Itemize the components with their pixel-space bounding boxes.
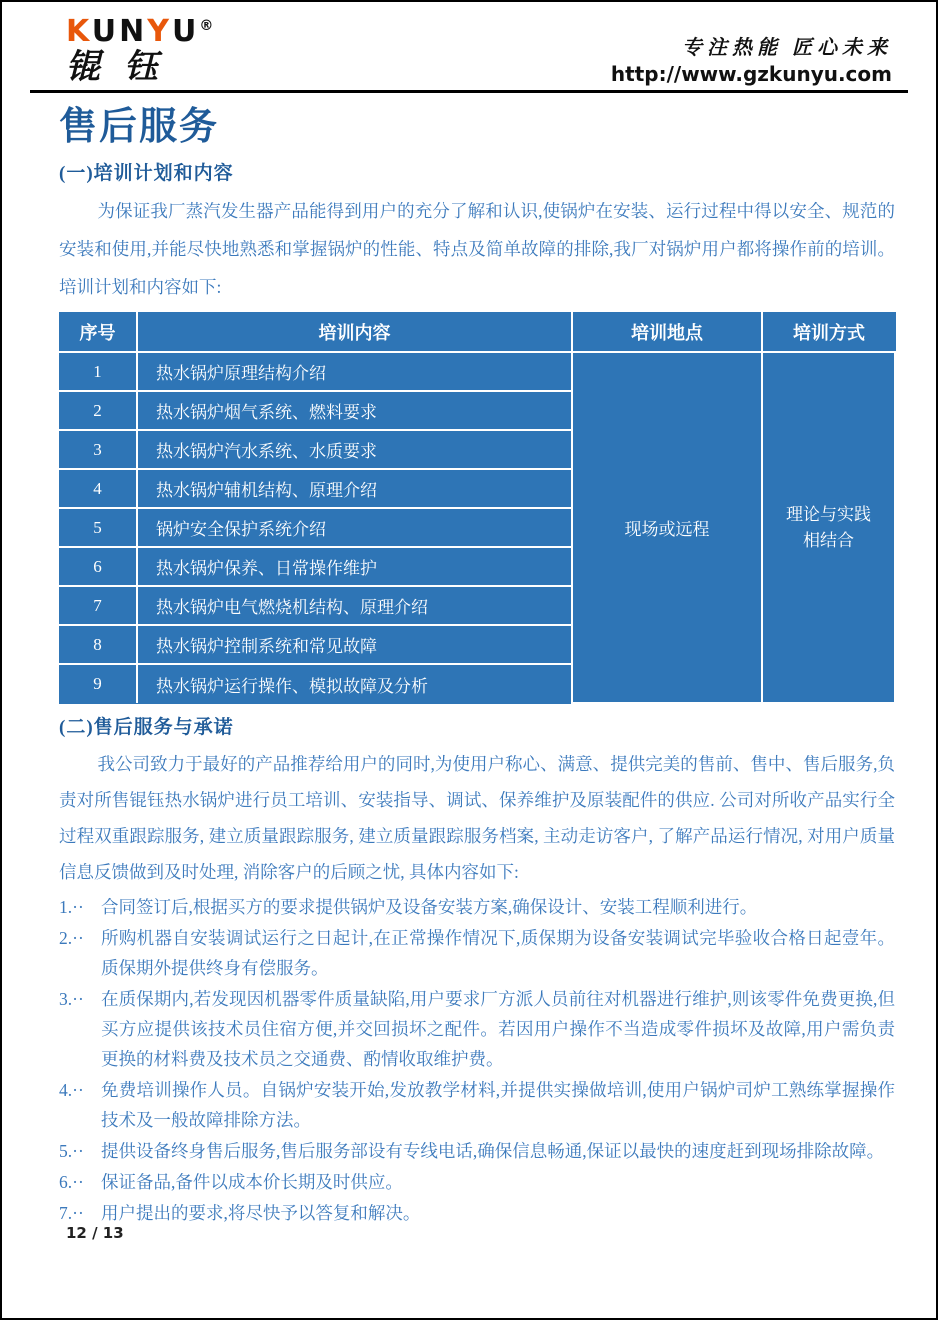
section1-intro-paragraph: 为保证我厂蒸汽发生器产品能得到用户的充分了解和认识,使锅炉在安装、运行过程中得以… (59, 192, 895, 306)
row-number: 3 (59, 430, 137, 469)
method-line-2: 相结合 (763, 528, 894, 554)
row-number: 8 (59, 625, 137, 664)
row-number: 1 (59, 352, 137, 391)
header-content: 培训内容 (137, 312, 572, 352)
item-text: 保证备品,备件以成本价长期及时供应。 (101, 1167, 895, 1197)
header-right: 专注热能 匠心未来 http://www.gzkunyu.com (611, 36, 892, 86)
document-page: KUNYU® 锟钰 专注热能 匠心未来 http://www.gzkunyu.c… (0, 0, 938, 1320)
page-content: 售后服务 (一)培训计划和内容 为保证我厂蒸汽发生器产品能得到用户的充分了解和认… (59, 104, 895, 1229)
item-marker: 2.·· (59, 923, 101, 983)
list-item: 2.·· 所购机器自安装调试运行之日起计,在正常操作情况下,质保期为设备安装调试… (59, 923, 895, 983)
page-number: 12 / 13 (66, 1224, 124, 1242)
table-header-row: 序号 培训内容 培训地点 培训方式 (59, 312, 895, 352)
registered-mark-icon: ® (199, 18, 216, 34)
section2-intro-paragraph: 我公司致力于最好的产品推荐给用户的同时,为使用户称心、满意、提供完美的售前、售中… (59, 746, 895, 890)
training-table: 序号 培训内容 培训地点 培训方式 1 热水锅炉原理结构介绍 现场或远程 理论与… (59, 312, 896, 704)
item-text: 在质保期内,若发现因机器零件质量缺陷,用户要求厂方派人员前往对机器进行维护,则该… (101, 984, 895, 1074)
header-tagline: 专注热能 匠心未来 (611, 36, 892, 60)
item-text: 合同签订后,根据买方的要求提供锅炉及设备安装方案,确保设计、安装工程顺利进行。 (101, 892, 895, 922)
item-marker: 1.·· (59, 892, 101, 922)
method-cell: 理论与实践 相结合 (762, 352, 895, 703)
row-number: 9 (59, 664, 137, 703)
list-item: 1.·· 合同签订后,根据买方的要求提供锅炉及设备安装方案,确保设计、安装工程顺… (59, 892, 895, 922)
row-number: 6 (59, 547, 137, 586)
list-item: 4.·· 免费培训操作人员。自锅炉安装开始,发放教学材料,并提供实操做培训,使用… (59, 1075, 895, 1135)
row-number: 2 (59, 391, 137, 430)
logo-letter: K (66, 14, 92, 49)
row-content: 热水锅炉烟气系统、燃料要求 (137, 391, 572, 430)
row-content: 热水锅炉原理结构介绍 (137, 352, 572, 391)
item-marker: 6.·· (59, 1167, 101, 1197)
item-text: 免费培训操作人员。自锅炉安装开始,发放教学材料,并提供实操做培训,使用户锅炉司炉… (101, 1075, 895, 1135)
item-text: 所购机器自安装调试运行之日起计,在正常操作情况下,质保期为设备安装调试完毕验收合… (101, 923, 895, 983)
row-content: 热水锅炉控制系统和常见故障 (137, 625, 572, 664)
row-number: 7 (59, 586, 137, 625)
row-content: 热水锅炉辅机结构、原理介绍 (137, 469, 572, 508)
row-content: 热水锅炉汽水系统、水质要求 (137, 430, 572, 469)
header-method: 培训方式 (762, 312, 895, 352)
table-row: 1 热水锅炉原理结构介绍 现场或远程 理论与实践 相结合 (59, 352, 895, 391)
logo-letter: Y (147, 14, 172, 49)
location-cell: 现场或远程 (572, 352, 762, 703)
logo-letter: U (172, 14, 199, 49)
row-content: 锅炉安全保护系统介绍 (137, 508, 572, 547)
row-content: 热水锅炉运行操作、模拟故障及分析 (137, 664, 572, 703)
row-content: 热水锅炉保养、日常操作维护 (137, 547, 572, 586)
logo-letter: U (92, 14, 119, 49)
list-item: 6.·· 保证备品,备件以成本价长期及时供应。 (59, 1167, 895, 1197)
item-marker: 4.·· (59, 1075, 101, 1135)
item-marker: 5.·· (59, 1136, 101, 1166)
section1-heading: (一)培训计划和内容 (59, 160, 895, 188)
item-text: 用户提出的要求,将尽快予以答复和解决。 (101, 1198, 895, 1228)
service-list: 1.·· 合同签订后,根据买方的要求提供锅炉及设备安装方案,确保设计、安装工程顺… (59, 892, 895, 1228)
item-text: 提供设备终身售后服务,售后服务部设有专线电话,确保信息畅通,保证以最快的速度赶到… (101, 1136, 895, 1166)
method-line-1: 理论与实践 (763, 502, 894, 528)
list-item: 5.·· 提供设备终身售后服务,售后服务部设有专线电话,确保信息畅通,保证以最快… (59, 1136, 895, 1166)
header-divider (30, 90, 908, 93)
logo-chinese: 锟钰 (66, 48, 216, 88)
section2-heading: (二)售后服务与承诺 (59, 714, 895, 742)
header-location: 培训地点 (572, 312, 762, 352)
row-content: 热水锅炉电气燃烧机结构、原理介绍 (137, 586, 572, 625)
logo-letter: N (119, 14, 147, 49)
logo-wordmark: KUNYU® (66, 10, 216, 48)
row-number: 5 (59, 508, 137, 547)
list-item: 3.·· 在质保期内,若发现因机器零件质量缺陷,用户要求厂方派人员前往对机器进行… (59, 984, 895, 1074)
page-title: 售后服务 (59, 104, 895, 150)
list-item: 7.·· 用户提出的要求,将尽快予以答复和解决。 (59, 1198, 895, 1228)
header-no: 序号 (59, 312, 137, 352)
row-number: 4 (59, 469, 137, 508)
kunyu-logo: KUNYU® 锟钰 (66, 10, 216, 88)
item-marker: 3.·· (59, 984, 101, 1074)
website-url: http://www.gzkunyu.com (611, 62, 892, 86)
